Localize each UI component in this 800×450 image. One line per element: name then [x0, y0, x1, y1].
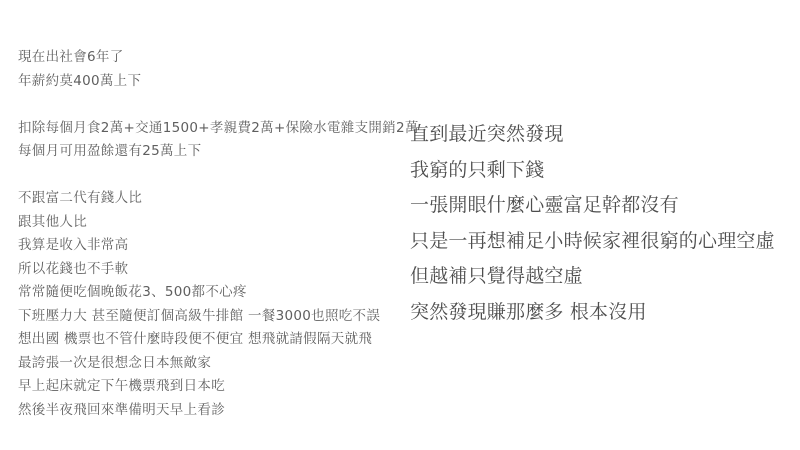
text-line: 只是一再想補足小時候家裡很窮的心理空虛: [410, 224, 800, 260]
text-line: 想出國 機票也不管什麼時段便不便宜 想飛就請假隔天就飛: [18, 328, 410, 352]
right-text-column: 直到最近突然發現 我窮的只剩下錢 一張開眼什麼心靈富足幹都沒有 只是一再想補足小…: [410, 117, 800, 330]
text-line: 最誇張一次是很想念日本無敵家: [18, 352, 410, 376]
blank-line: [18, 93, 410, 117]
text-line: 所以花錢也不手軟: [18, 258, 410, 282]
text-line: 跟其他人比: [18, 211, 410, 235]
text-line: 不跟富二代有錢人比: [18, 187, 410, 211]
blank-line: [18, 164, 410, 188]
text-line: 但越補只覺得越空虛: [410, 259, 800, 295]
text-line: 我窮的只剩下錢: [410, 153, 800, 189]
text-line: 常常隨便吃個晚飯花3、500都不心疼: [18, 281, 410, 305]
text-line: 扣除每個月食2萬+交通1500+孝親費2萬+保險水電雜支開銷2萬: [18, 117, 410, 141]
text-line: 突然發現賺那麼多 根本沒用: [410, 295, 800, 331]
text-line: 每個月可用盈餘還有25萬上下: [18, 140, 410, 164]
text-line: 年薪約莫400萬上下: [18, 70, 410, 94]
text-line: 下班壓力大 甚至隨便訂個高級牛排館 一餐3000也照吃不誤: [18, 305, 410, 329]
left-text-column: 現在出社會6年了 年薪約莫400萬上下 扣除每個月食2萬+交通1500+孝親費2…: [18, 46, 410, 422]
text-line: 現在出社會6年了: [18, 46, 410, 70]
text-line: 然後半夜飛回來準備明天早上看診: [18, 399, 410, 423]
post-page: 現在出社會6年了 年薪約莫400萬上下 扣除每個月食2萬+交通1500+孝親費2…: [0, 0, 800, 450]
text-line: 我算是收入非常高: [18, 234, 410, 258]
text-line: 一張開眼什麼心靈富足幹都沒有: [410, 188, 800, 224]
text-line: 直到最近突然發現: [410, 117, 800, 153]
text-line: 早上起床就定下午機票飛到日本吃: [18, 375, 410, 399]
